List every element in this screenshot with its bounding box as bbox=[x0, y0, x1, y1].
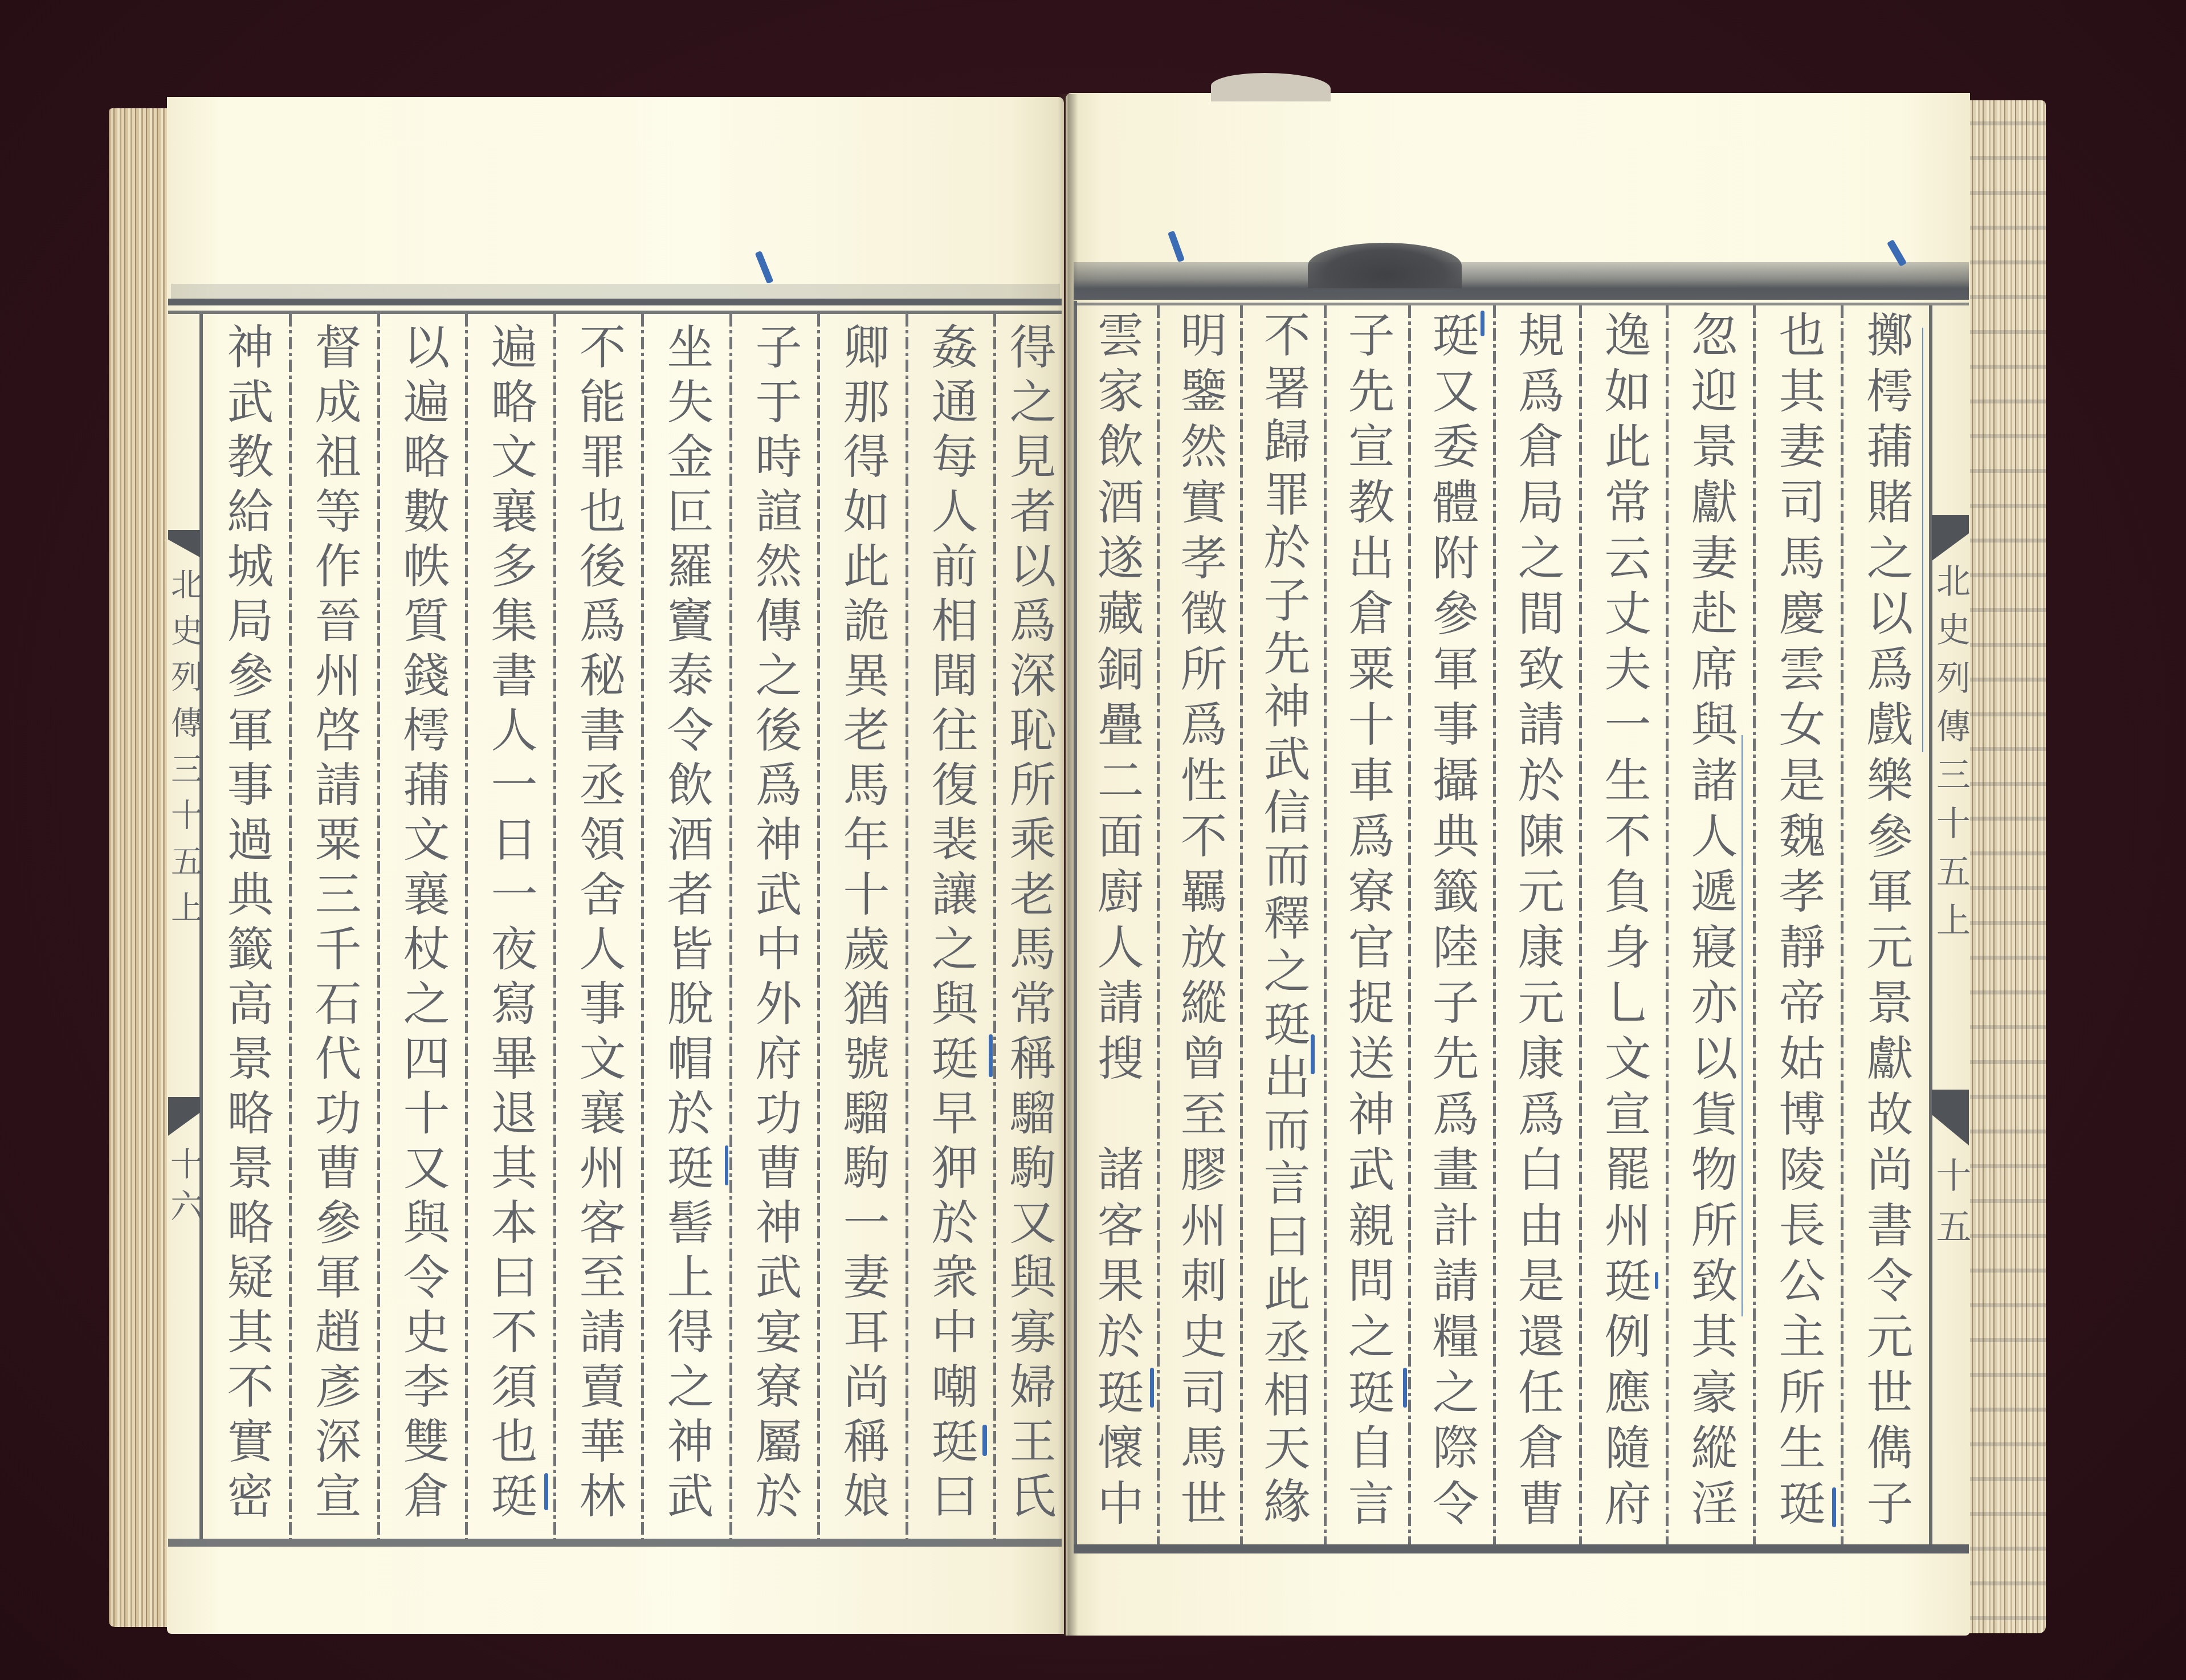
page-number: 十六 bbox=[168, 1147, 200, 1231]
text-column: 逸如此常云丈夫一生不負身乚文宣罷州珽例應隨府 bbox=[1580, 311, 1667, 1536]
blue-tick-mark bbox=[1655, 1272, 1658, 1289]
text-column: 規爲倉局之間致請於陳元康元康爲白由是還任倉曹 bbox=[1494, 311, 1580, 1536]
frame-bottom-border bbox=[1074, 1544, 1969, 1553]
frame-bottom-border bbox=[168, 1539, 1062, 1547]
text-column: 雲家飲酒遂藏銅疊二面廚人請搜 諸客果於珽懷中 bbox=[1075, 311, 1158, 1536]
margin-title: 北史列傳三十五上 bbox=[168, 568, 200, 937]
text-column: 督成祖等作晉州啓請粟三千石代功曹參軍趙彥深宣 bbox=[290, 323, 378, 1534]
page-number: 十五 bbox=[1933, 1157, 1968, 1259]
text-column: 姦通每人前相聞往復裴讓之與珽早狎於衆中嘲珽曰 bbox=[907, 323, 994, 1534]
text-column: 子先宣教出倉粟十車爲寮官捉送神武親問之珽自言 bbox=[1325, 311, 1409, 1536]
blue-tick-mark bbox=[544, 1473, 548, 1510]
text-column: 不能罪也後爲秘書丞領舍人事文襄州客至請賣華林 bbox=[554, 323, 642, 1534]
blue-tick-mark bbox=[1311, 1034, 1315, 1074]
text-column: 珽又委體附參軍事攝典籤陸子先爲畫計請糧之際令 bbox=[1409, 311, 1494, 1536]
text-column: 明鑒然實孝徵所爲性不羈放縱曾至膠州刺史司馬世 bbox=[1158, 311, 1241, 1536]
text-column: 以遍略數帙質錢樗蒱文襄杖之四十又與令史李雙倉 bbox=[378, 323, 466, 1534]
blue-tick-mark bbox=[1403, 1368, 1407, 1408]
text-column: 神武教給城局參軍事過典籤高景略景略疑其不實密 bbox=[202, 323, 290, 1534]
top-ink-band bbox=[1074, 262, 1969, 300]
blue-tick-mark bbox=[982, 1425, 987, 1456]
blue-tick-mark bbox=[989, 1034, 993, 1077]
blue-tick-mark bbox=[1481, 311, 1484, 336]
margin-title: 北史列傳三十五上 bbox=[1933, 563, 1968, 951]
text-column: 擲樗蒱賭之以爲戲樂參軍元景獻故尚書令元世儁子 bbox=[1842, 311, 1930, 1536]
ink-blot bbox=[1308, 243, 1462, 288]
blue-tick-mark bbox=[1832, 1487, 1836, 1527]
text-column: 卿那得如此詭異老馬年十歲猶號騮駒一妻耳尚稱娘 bbox=[818, 323, 907, 1534]
right-page-edge-stack bbox=[1967, 100, 2046, 1633]
text-column: 也其妻司馬慶雲女是魏孝靜帝姑博陵長公主所生珽 bbox=[1754, 311, 1842, 1536]
frame-top-inner-border bbox=[1074, 303, 1969, 305]
blue-ruled-line bbox=[1922, 328, 1923, 752]
frame-top-border bbox=[168, 299, 1062, 305]
blue-tick-mark bbox=[1150, 1368, 1154, 1408]
text-column: 坐失金叵羅竇泰令飲酒者皆脫帽於珽髻上得之神武 bbox=[642, 323, 731, 1534]
blue-tick-mark bbox=[725, 1145, 728, 1185]
text-column: 子于時諠然傳之後爲神武中外府功曹神武宴寮屬於 bbox=[731, 323, 818, 1534]
left-page-edge-stack bbox=[109, 108, 168, 1627]
frame-top-inner-border bbox=[168, 311, 1062, 314]
top-ink-smudge bbox=[171, 284, 1060, 299]
text-column: 遍略文襄多集書人一日一夜寫畢退其本曰不須也珽 bbox=[466, 323, 554, 1534]
text-column: 得之見者以爲深恥所乘老馬常稱騮駒又與寡婦王氏 bbox=[994, 323, 1063, 1534]
blue-ruled-line bbox=[1742, 735, 1743, 1316]
text-column: 不署歸罪於子先神武信而釋之珽出而言曰此丞相天緣 bbox=[1241, 311, 1325, 1536]
